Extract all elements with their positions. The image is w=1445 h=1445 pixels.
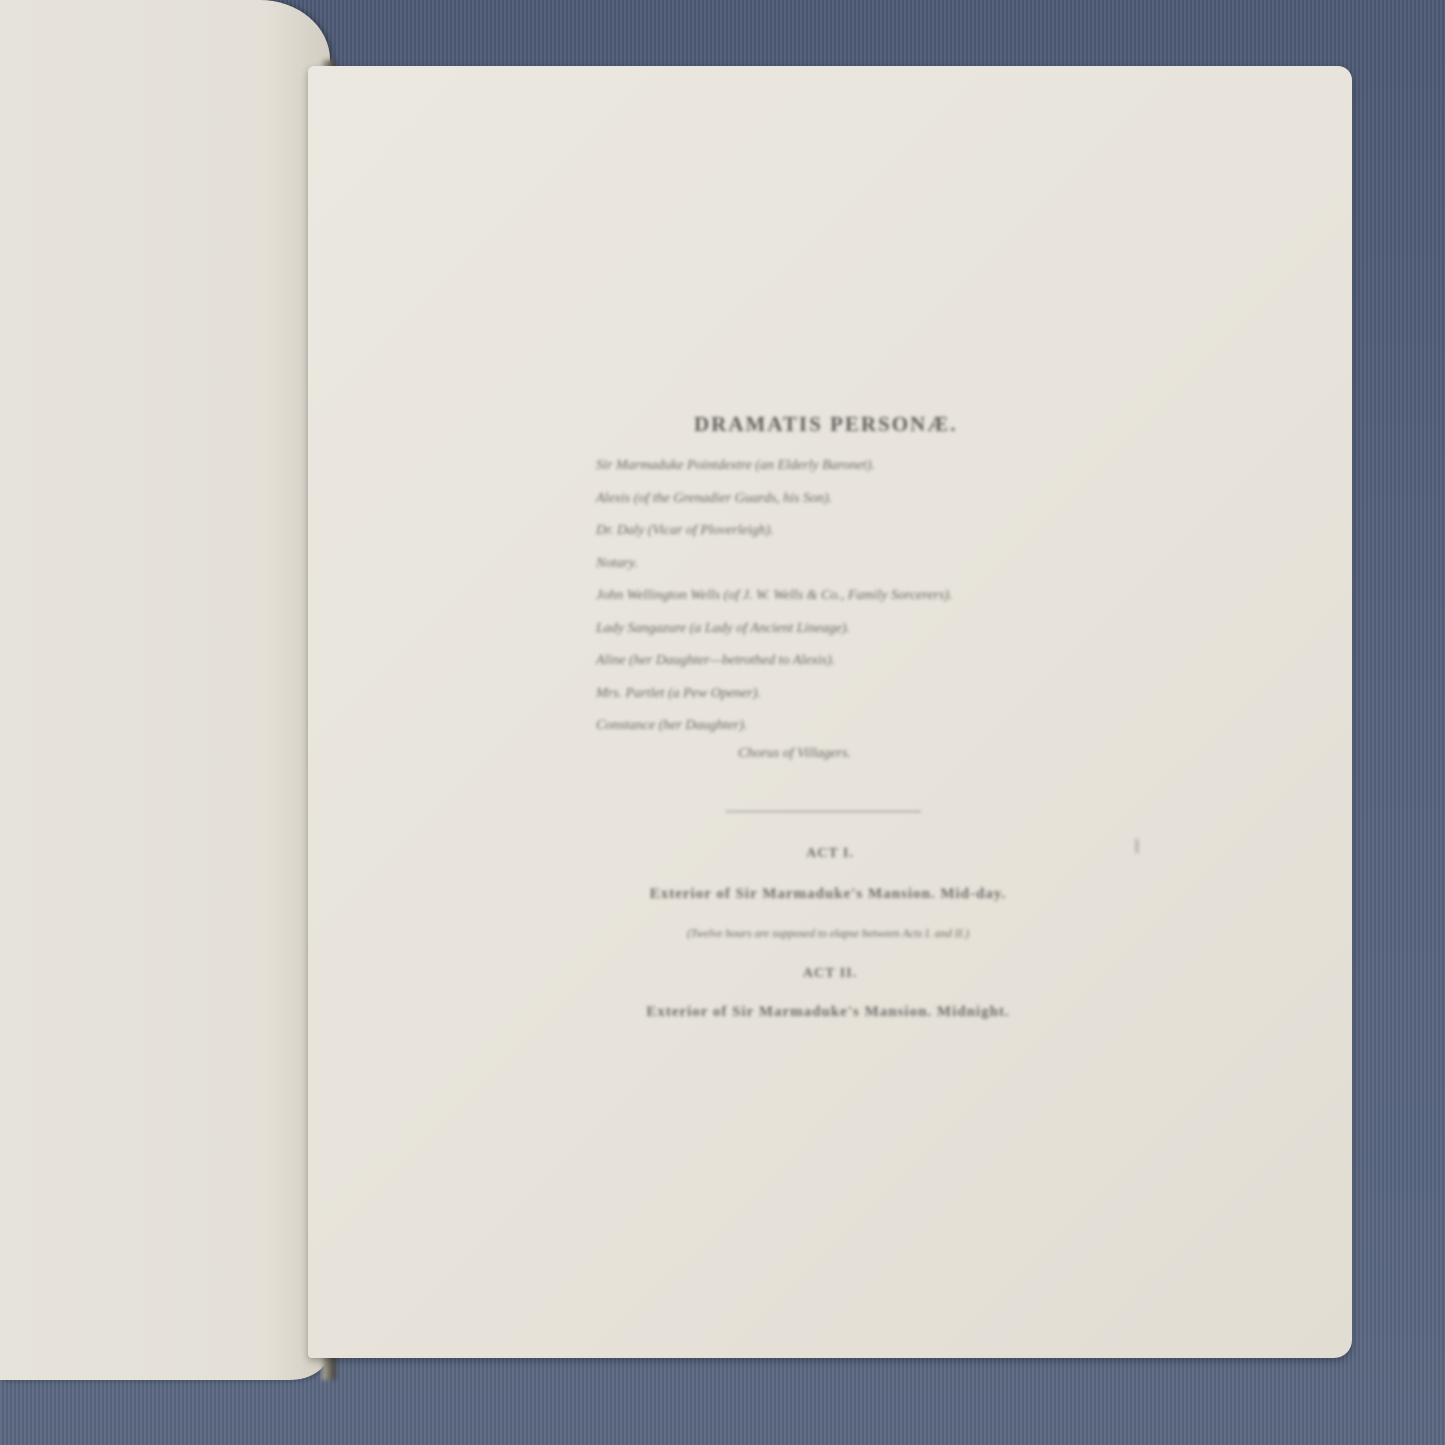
right-page: DRAMATIS PERSONÆ. Sir Marmaduke Pointdex… (308, 66, 1352, 1358)
divider-rule (726, 811, 921, 812)
left-page (0, 0, 330, 1380)
act-1-scene: Exterior of Sir Marmaduke's Mansion. Mid… (568, 886, 1088, 903)
cast-item: Aline (her Daughter—betrothed to Alexis)… (596, 645, 953, 678)
act-2-heading: ACT II. (308, 966, 1352, 982)
cast-item: Notary. (596, 548, 953, 581)
cast-item: Lady Sangazure (a Lady of Ancient Lineag… (596, 613, 953, 646)
cast-item: Sir Marmaduke Pointdextre (an Elderly Ba… (596, 450, 953, 483)
interval-note: (Twelve hours are supposed to elapse bet… (608, 928, 1048, 940)
cast-list: Sir Marmaduke Pointdextre (an Elderly Ba… (596, 450, 953, 743)
chorus-line: Chorus of Villagers. (738, 746, 851, 762)
page-title: DRAMATIS PERSONÆ. (694, 412, 957, 437)
cast-item: Alexis (of the Grenadier Guards, his Son… (596, 483, 953, 516)
cast-item: Constance (her Daughter). (596, 710, 953, 743)
act-1-heading: ACT I. (308, 846, 1352, 862)
page-content: DRAMATIS PERSONÆ. Sir Marmaduke Pointdex… (308, 66, 1352, 1358)
act-2-scene: Exterior of Sir Marmaduke's Mansion. Mid… (568, 1004, 1088, 1021)
cast-item: Dr. Daly (Vicar of Ploverleigh). (596, 515, 953, 548)
cast-item: Mrs. Partlet (a Pew Opener). (596, 678, 953, 711)
cast-item: John Wellington Wells (of J. W. Wells & … (596, 580, 953, 613)
